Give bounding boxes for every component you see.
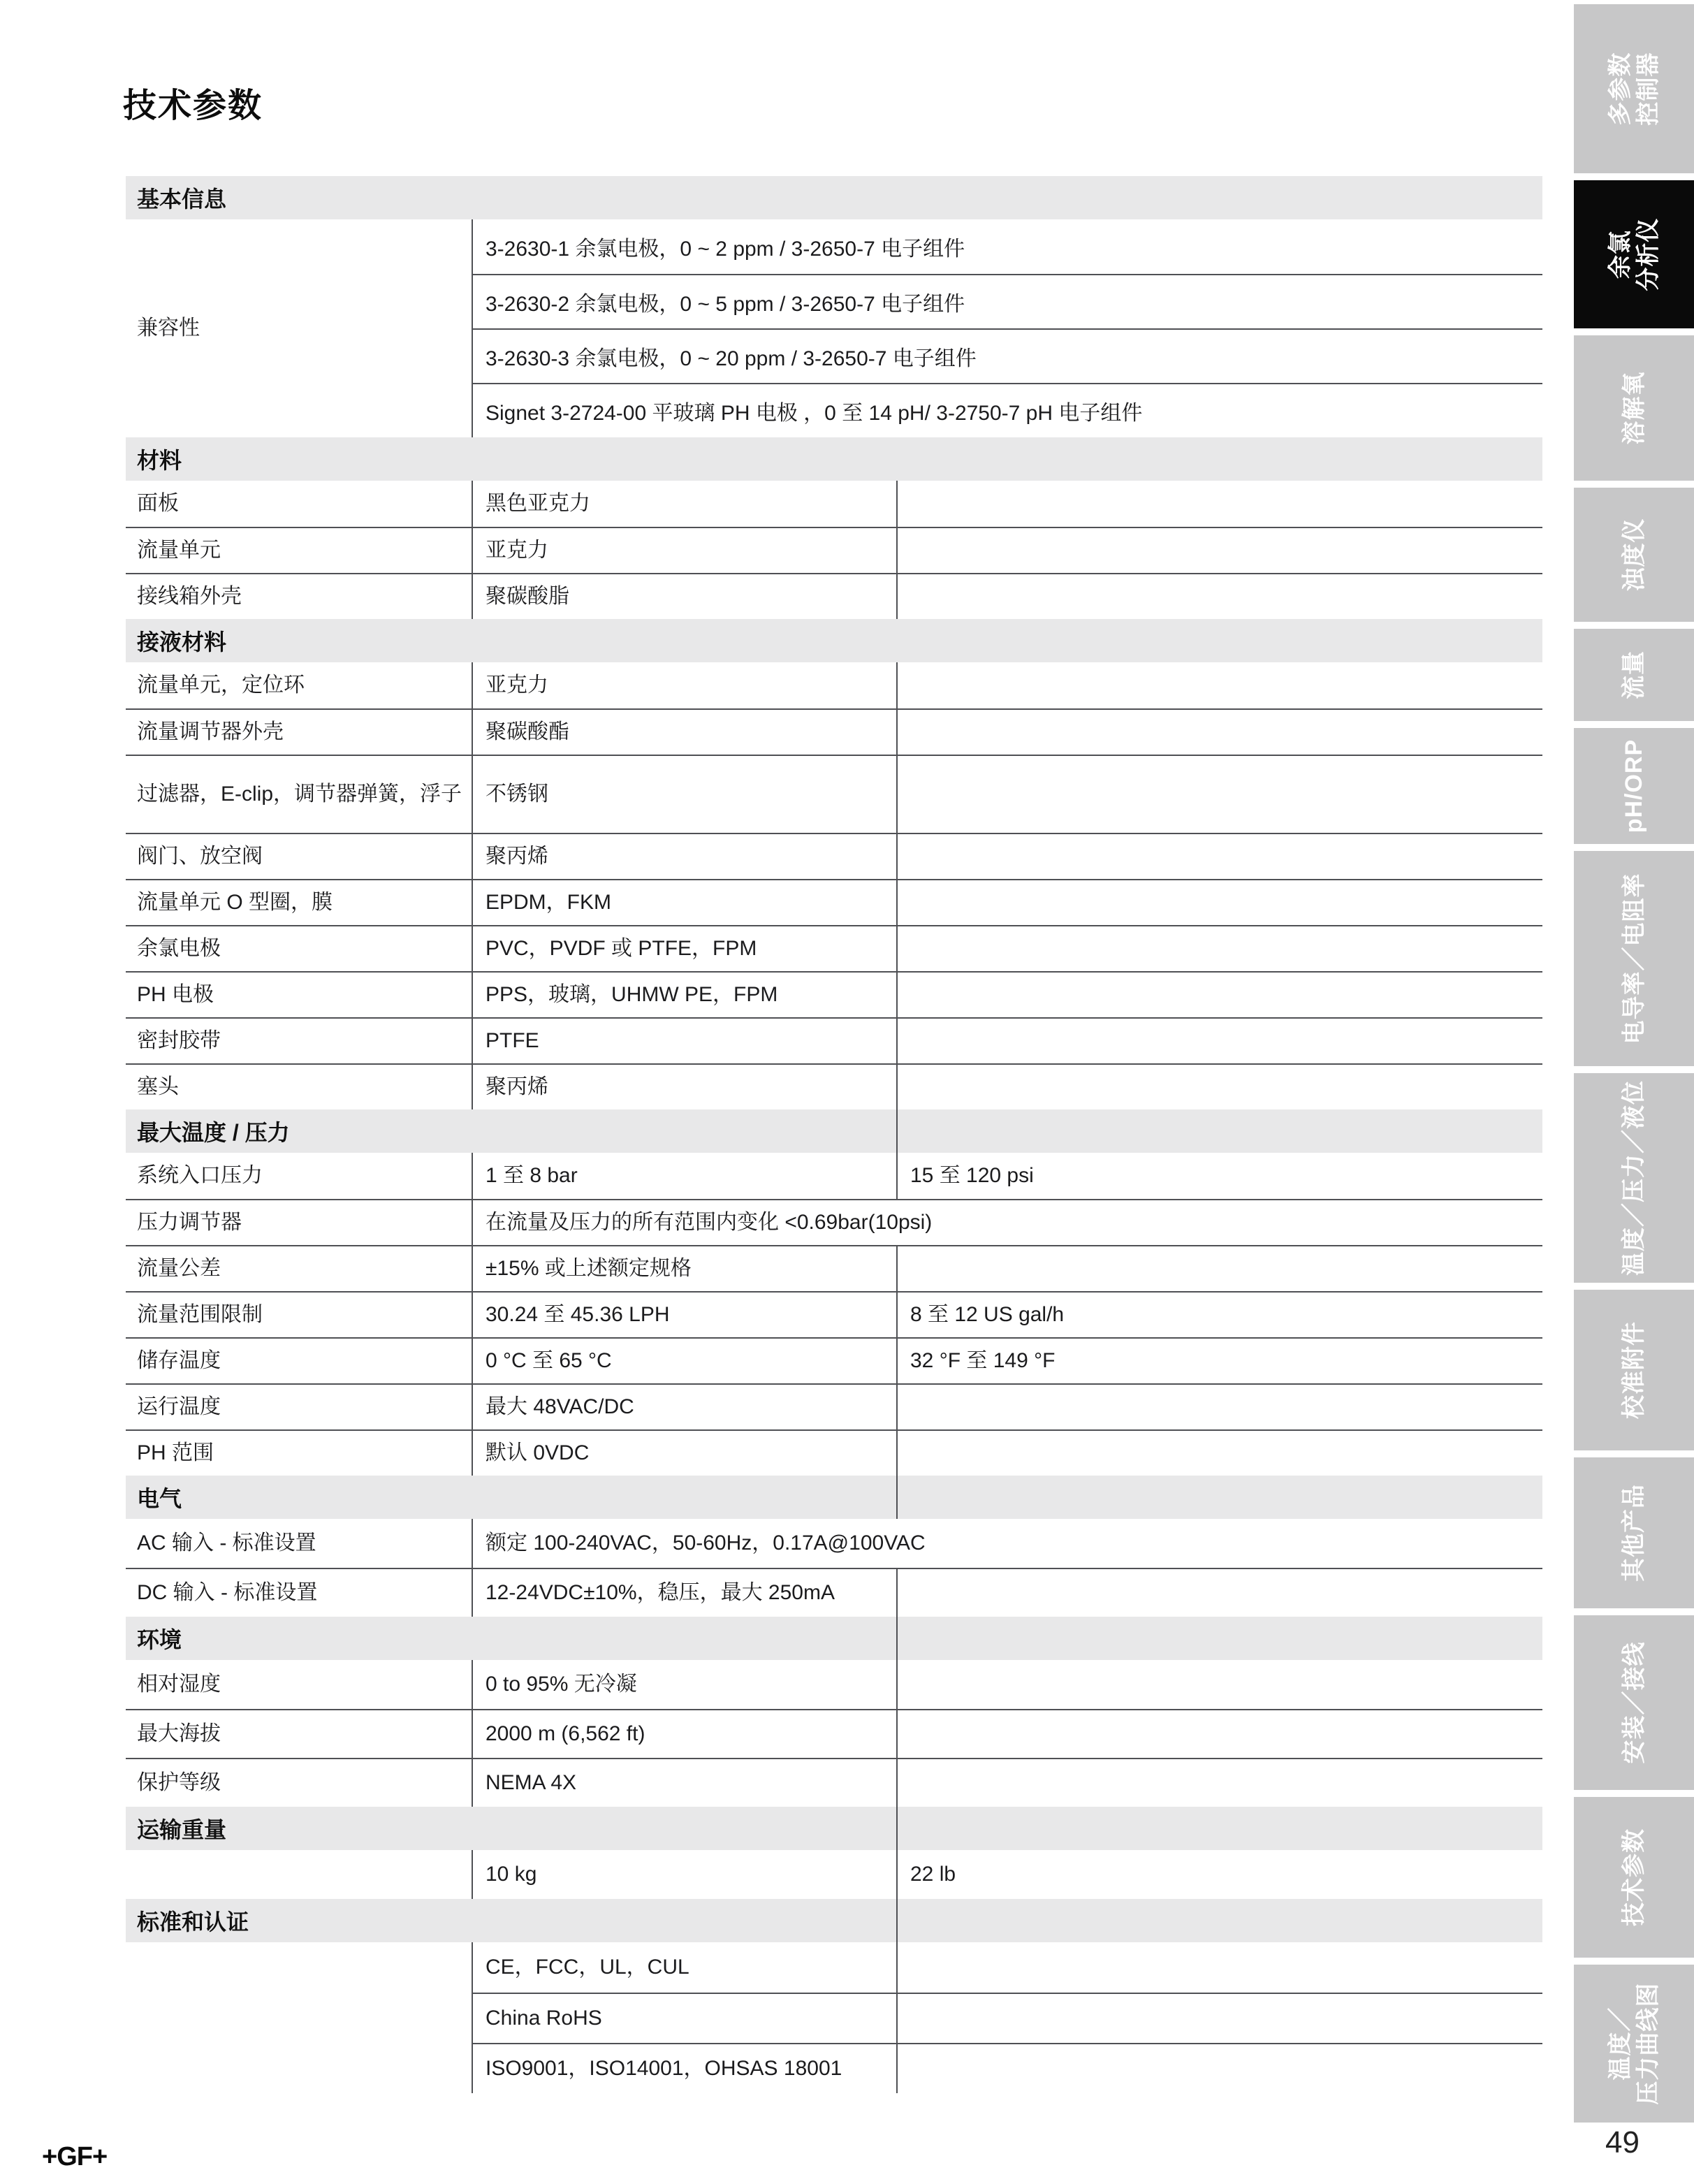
- table-row: 塞头 聚丙烯: [126, 1063, 1542, 1109]
- row-value: NEMA 4X: [473, 1758, 898, 1807]
- row-value-2: [898, 755, 1542, 833]
- row-label: 余氯电极: [126, 925, 473, 971]
- row-label: 面板: [126, 481, 473, 527]
- row-label: 接线箱外壳: [126, 573, 473, 619]
- table-row: China RoHS: [126, 1993, 1542, 2043]
- section-header-shipping-weight: 运输重量: [126, 1807, 1542, 1850]
- row-label: PH 范围: [126, 1429, 473, 1476]
- row-value-2: [898, 833, 1542, 879]
- table-row: 保护等级 NEMA 4X: [126, 1758, 1542, 1807]
- row-label: PH 电极: [126, 971, 473, 1017]
- row-value: 默认 0VDC: [473, 1429, 898, 1476]
- table-row: ISO9001，ISO14001，OHSAS 18001: [126, 2043, 1542, 2093]
- table-row-compatibility: 兼容性 3-2630-1 余氯电极，0 ~ 2 ppm / 3-2650-7 电…: [126, 219, 1542, 437]
- table-row: 储存温度 0 °C 至 65 °C 32 °F 至 149 °F: [126, 1337, 1542, 1383]
- row-label: AC 输入 - 标准设置: [126, 1519, 473, 1568]
- row-value-2: 15 至 120 psi: [898, 1153, 1542, 1199]
- sidebar-tab-calibration-accessories[interactable]: 校准附件: [1574, 1290, 1694, 1450]
- table-row: 系统入口压力 1 至 8 bar 15 至 120 psi: [126, 1153, 1542, 1199]
- table-row: 流量单元 亚克力: [126, 527, 1542, 573]
- sidebar-tab-label: 流量: [1620, 650, 1648, 699]
- row-value: ISO9001，ISO14001，OHSAS 18001: [473, 2043, 898, 2093]
- sidebar-tab-flow[interactable]: 流量: [1574, 629, 1694, 721]
- section-header-basic-info: 基本信息: [126, 176, 1542, 219]
- spec-table: 基本信息 兼容性 3-2630-1 余氯电极，0 ~ 2 ppm / 3-265…: [126, 176, 1542, 2093]
- table-row: 余氯电极 PVC，PVDF 或 PTFE，FPM: [126, 925, 1542, 971]
- table-row: 密封胶带 PTFE: [126, 1017, 1542, 1063]
- row-value-2: [898, 708, 1542, 755]
- row-label: 储存温度: [126, 1337, 473, 1383]
- row-value: 12-24VDC±10%，稳压，最大 250mA: [473, 1568, 898, 1617]
- sidebar-tab-technical-specs[interactable]: 技术参数: [1574, 1797, 1694, 1958]
- row-value: ±15% 或上述额定规格: [473, 1245, 898, 1291]
- section-header-electrical: 电气: [126, 1476, 1542, 1519]
- table-row: 压力调节器 在流量及压力的所有范围内变化 <0.69bar(10psi): [126, 1199, 1542, 1245]
- row-value-2: [898, 1758, 1542, 1807]
- sidebar-tab-label: 其他产品: [1620, 1484, 1648, 1582]
- sidebar-tab-label: 多参数 控制器: [1606, 52, 1662, 126]
- page-title: 技术参数: [123, 78, 263, 126]
- row-value: 3-2630-2 余氯电极，0 ~ 5 ppm / 3-2650-7 电子组件: [473, 274, 1542, 328]
- table-row: 最大海拔 2000 m (6,562 ft): [126, 1709, 1542, 1758]
- row-value: 在流量及压力的所有范围内变化 <0.69bar(10psi): [473, 1199, 1542, 1245]
- table-row: 流量调节器外壳 聚碳酸酯: [126, 708, 1542, 755]
- row-value-2: [898, 1017, 1542, 1063]
- row-value-2: [898, 2043, 1542, 2093]
- row-value-2: [898, 1063, 1542, 1109]
- row-value: 聚丙烯: [473, 1063, 898, 1109]
- row-label: 塞头: [126, 1063, 473, 1109]
- sidebar-tab-dissolved-oxygen[interactable]: 溶解氧: [1574, 335, 1694, 481]
- sidebar-tab-turbidity[interactable]: 浊度仪: [1574, 488, 1694, 622]
- sidebar-tab-label: 溶解氧: [1620, 371, 1648, 444]
- sidebar-tab-label: 技术参数: [1620, 1828, 1648, 1926]
- row-value-2: [898, 971, 1542, 1017]
- row-value: 不锈钢: [473, 755, 898, 833]
- table-row: 阀门、放空阀 聚丙烯: [126, 833, 1542, 879]
- sidebar-tab-temp-pressure-curves[interactable]: 温度／ 压力曲线图: [1574, 1965, 1694, 2123]
- row-value-2: [898, 573, 1542, 619]
- row-value-2: [898, 1993, 1542, 2043]
- sidebar-tab-label: 温度／压力／液位: [1620, 1080, 1648, 1276]
- table-row: 流量单元 O 型圈，膜 EPDM，FKM: [126, 879, 1542, 925]
- table-row: 运行温度 最大 48VAC/DC: [126, 1383, 1542, 1429]
- row-value: PTFE: [473, 1017, 898, 1063]
- table-row: CE，FCC，UL，CUL: [126, 1942, 1542, 1993]
- sidebar-tab-label: 安装／接线: [1620, 1641, 1648, 1763]
- table-row: 过滤器，E-clip，调节器弹簧，浮子 不锈钢: [126, 755, 1542, 833]
- row-label: 密封胶带: [126, 1017, 473, 1063]
- sidebar-tab-other-products[interactable]: 其他产品: [1574, 1457, 1694, 1608]
- compatibility-values: 3-2630-1 余氯电极，0 ~ 2 ppm / 3-2650-7 电子组件 …: [473, 219, 1542, 437]
- row-value-2: 32 °F 至 149 °F: [898, 1337, 1542, 1383]
- row-label: 流量范围限制: [126, 1291, 473, 1337]
- table-row: 流量范围限制 30.24 至 45.36 LPH 8 至 12 US gal/h: [126, 1291, 1542, 1337]
- section-header-materials: 材料: [126, 437, 1542, 481]
- row-value: Signet 3-2724-00 平玻璃 PH 电极 ，0 至 14 pH/ 3…: [473, 383, 1542, 437]
- table-row: PH 范围 默认 0VDC: [126, 1429, 1542, 1476]
- row-value-2: [898, 1660, 1542, 1709]
- page-number: 49: [1605, 2125, 1640, 2160]
- table-row: 流量单元，定位环 亚克力: [126, 662, 1542, 708]
- sidebar-tab-label: 温度／ 压力曲线图: [1606, 1983, 1662, 2105]
- section-header-wetted-materials: 接液材料: [126, 619, 1542, 662]
- row-value: 3-2630-3 余氯电极，0 ~ 20 ppm / 3-2650-7 电子组件: [473, 328, 1542, 383]
- row-value: 0 °C 至 65 °C: [473, 1337, 898, 1383]
- row-label: 流量公差: [126, 1245, 473, 1291]
- row-value: 亚克力: [473, 527, 898, 573]
- row-label: 阀门、放空阀: [126, 833, 473, 879]
- row-label-empty: [126, 1993, 473, 2043]
- row-value: 黑色亚克力: [473, 481, 898, 527]
- row-label: 系统入口压力: [126, 1153, 473, 1199]
- row-value-2: [898, 1429, 1542, 1476]
- sidebar-tab-temp-pressure-level[interactable]: 温度／压力／液位: [1574, 1073, 1694, 1283]
- section-header-standards-certifications: 标准和认证: [126, 1899, 1542, 1942]
- row-value: 3-2630-1 余氯电极，0 ~ 2 ppm / 3-2650-7 电子组件: [473, 219, 1542, 274]
- section-header-max-temp-pressure: 最大温度 / 压力: [126, 1109, 1542, 1153]
- row-value: 亚克力: [473, 662, 898, 708]
- table-row: AC 输入 - 标准设置 额定 100-240VAC，50-60Hz，0.17A…: [126, 1519, 1542, 1568]
- table-row: 相对湿度 0 to 95% 无冷凝: [126, 1660, 1542, 1709]
- table-row: 面板 黑色亚克力: [126, 481, 1542, 527]
- row-label: 运行温度: [126, 1383, 473, 1429]
- sidebar-tab-label: 电导率／电阻率: [1620, 873, 1648, 1044]
- row-value-2: 8 至 12 US gal/h: [898, 1291, 1542, 1337]
- catalog-page: 技术参数 基本信息 兼容性 3-2630-1 余氯电极，0 ~ 2 ppm / …: [0, 0, 1694, 2184]
- table-row: PH 电极 PPS，玻璃，UHMW PE，FPM: [126, 971, 1542, 1017]
- row-label: 最大海拔: [126, 1709, 473, 1758]
- row-value: EPDM，FKM: [473, 879, 898, 925]
- row-label: 压力调节器: [126, 1199, 473, 1245]
- row-value-2: [898, 1568, 1542, 1617]
- sidebar-tab-installation-wiring[interactable]: 安装／接线: [1574, 1615, 1694, 1790]
- row-value: 0 to 95% 无冷凝: [473, 1660, 898, 1709]
- sidebar-tab-ph-orp[interactable]: pH/ORP: [1574, 728, 1694, 844]
- row-label: 过滤器，E-clip，调节器弹簧，浮子: [126, 755, 473, 833]
- row-value: 2000 m (6,562 ft): [473, 1709, 898, 1758]
- row-label: 流量调节器外壳: [126, 708, 473, 755]
- row-label: 流量单元，定位环: [126, 662, 473, 708]
- table-row: 10 kg 22 lb: [126, 1850, 1542, 1899]
- row-value: China RoHS: [473, 1993, 898, 2043]
- row-label: 保护等级: [126, 1758, 473, 1807]
- row-value: 最大 48VAC/DC: [473, 1383, 898, 1429]
- sidebar-tab-label: pH/ORP: [1620, 739, 1648, 833]
- row-value-2: [898, 527, 1542, 573]
- row-value-2: [898, 481, 1542, 527]
- row-value: 30.24 至 45.36 LPH: [473, 1291, 898, 1337]
- row-value: 1 至 8 bar: [473, 1153, 898, 1199]
- row-value: CE，FCC，UL，CUL: [473, 1942, 898, 1993]
- row-value: 聚碳酸酯: [473, 708, 898, 755]
- table-row: 流量公差 ±15% 或上述额定规格: [126, 1245, 1542, 1291]
- row-value: 聚碳酸脂: [473, 573, 898, 619]
- row-label: 流量单元: [126, 527, 473, 573]
- row-value-2: [898, 925, 1542, 971]
- row-label: 流量单元 O 型圈，膜: [126, 879, 473, 925]
- row-value: PPS，玻璃，UHMW PE，FPM: [473, 971, 898, 1017]
- sidebar-tab-conductivity-resistivity[interactable]: 电导率／电阻率: [1574, 851, 1694, 1066]
- sidebar-tab-label: 余氯 分析仪: [1606, 218, 1662, 291]
- table-row: DC 输入 - 标准设置 12-24VDC±10%，稳压，最大 250mA: [126, 1568, 1542, 1617]
- row-value-2: [898, 1709, 1542, 1758]
- row-label: DC 输入 - 标准设置: [126, 1568, 473, 1617]
- row-value: 聚丙烯: [473, 833, 898, 879]
- row-value-2: 22 lb: [898, 1850, 1542, 1899]
- sidebar-tab-label: 校准附件: [1620, 1321, 1648, 1419]
- row-value-2: [898, 1245, 1542, 1291]
- gf-logo: +GF+: [42, 2142, 107, 2172]
- row-label-empty: [126, 1942, 473, 1993]
- sidebar-tab-multiparameter-controller[interactable]: 多参数 控制器: [1574, 4, 1694, 173]
- row-label: 相对湿度: [126, 1660, 473, 1709]
- row-value-2: [898, 1942, 1542, 1993]
- row-value: PVC，PVDF 或 PTFE，FPM: [473, 925, 898, 971]
- row-label-empty: [126, 2043, 473, 2093]
- row-value-2: [898, 662, 1542, 708]
- row-value: 10 kg: [473, 1850, 898, 1899]
- row-label: 兼容性: [126, 219, 473, 437]
- row-value-2: [898, 879, 1542, 925]
- row-label-empty: [126, 1850, 473, 1899]
- table-row: 接线箱外壳 聚碳酸脂: [126, 573, 1542, 619]
- row-value: 额定 100-240VAC，50-60Hz，0.17A@100VAC: [473, 1519, 1542, 1568]
- sidebar-tab-chlorine-analyzer[interactable]: 余氯 分析仪: [1574, 180, 1694, 328]
- sidebar-tab-label: 浊度仪: [1620, 518, 1648, 591]
- row-value-2: [898, 1383, 1542, 1429]
- section-header-environment: 环境: [126, 1617, 1542, 1660]
